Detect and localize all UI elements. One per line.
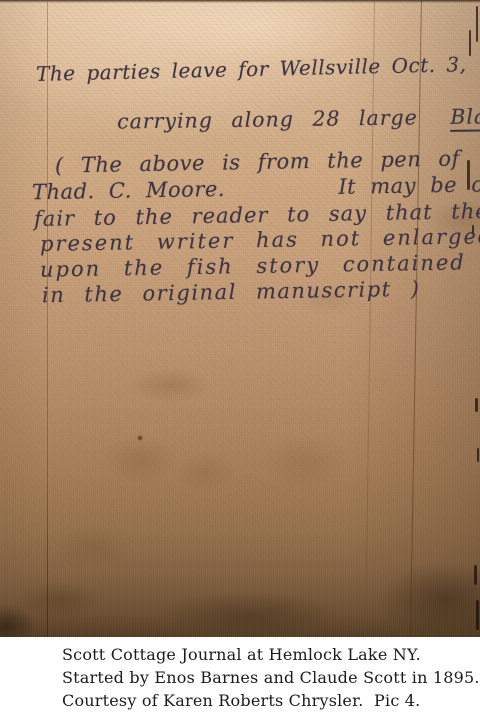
page-edge-mark: [475, 398, 478, 412]
journal-page-photo: The parties leave for Wellsville Oct. 3,…: [0, 0, 480, 637]
page-edge-mark: [477, 448, 479, 462]
page-edge-mark: [476, 600, 479, 630]
caption-line-2: Started by Enos Barnes and Claude Scott …: [0, 666, 480, 689]
journal-entry-line-2-text: carrying along 28 large: [117, 105, 437, 133]
photo-caption: Scott Cottage Journal at Hemlock Lake NY…: [0, 637, 480, 713]
page-edge-mark: [476, 6, 478, 42]
page-edge-mark: [469, 30, 471, 56]
page-edge-mark: [474, 565, 477, 585]
caption-line-1: Scott Cottage Journal at Hemlock Lake NY…: [0, 643, 480, 666]
caption-line-3: Courtesy of Karen Roberts Chrysler. Pic …: [0, 689, 480, 712]
photo-top-edge: [0, 0, 480, 3]
underlined-phrase: Black Bass.: [450, 103, 480, 132]
screenshot-root: The parties leave for Wellsville Oct. 3,…: [0, 0, 480, 713]
